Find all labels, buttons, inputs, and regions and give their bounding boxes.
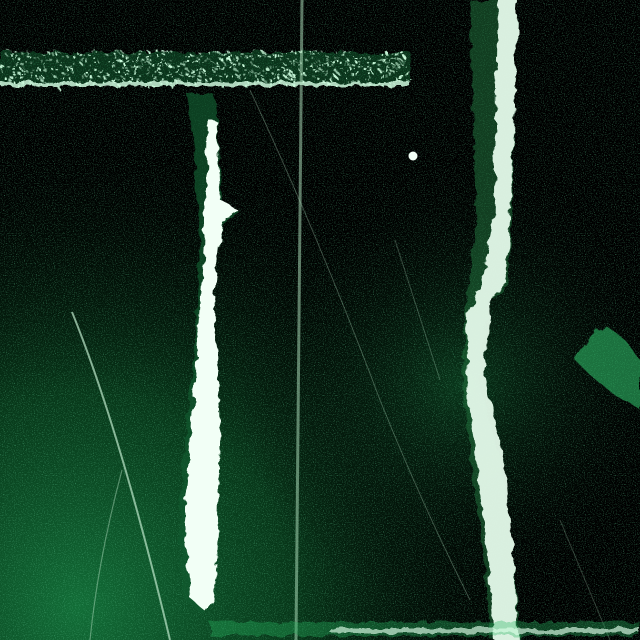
bottom-horizontal-stroke — [210, 622, 640, 636]
abstract-photo: Abstract dark surface with white paint s… — [0, 0, 640, 640]
paint-drip — [409, 152, 418, 161]
photo-canvas — [0, 0, 640, 640]
surface-grain — [0, 0, 640, 640]
horizontal-speckled-stroke — [0, 50, 411, 89]
